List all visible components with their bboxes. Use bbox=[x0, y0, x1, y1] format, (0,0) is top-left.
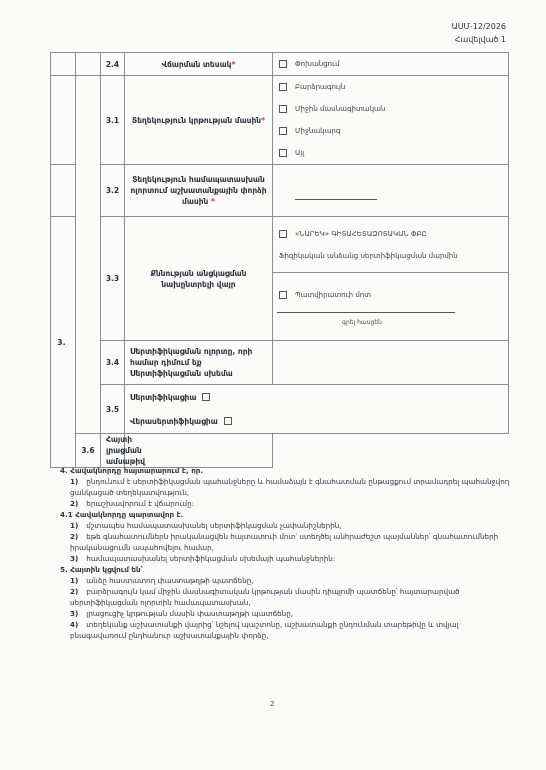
document-header: ԱՍՄ-12/2026 Հավելված 1 bbox=[452, 20, 506, 46]
work-experience-field[interactable] bbox=[295, 199, 377, 200]
row-number: 2.4 bbox=[101, 53, 125, 76]
application-form-table: 2.4 Վճարման տեսակ* Փոխանցում 3.1 Տեղեկու… bbox=[50, 52, 509, 468]
row-number: 3.6 bbox=[76, 434, 101, 468]
certification-field-label: Սերտիֆիկացման ոլորտը, որի համար դիմում ե… bbox=[125, 341, 273, 385]
checkbox-icon[interactable] bbox=[279, 149, 287, 157]
row-number: 3.5 bbox=[101, 385, 125, 434]
checkbox-icon[interactable] bbox=[279, 230, 287, 238]
option-other[interactable]: Այլ bbox=[273, 142, 508, 164]
row-3-2: 3.2 Տեղեկություն համապատասխան ոլորտում ա… bbox=[51, 165, 509, 217]
option-recertification[interactable]: Վերասերտիֆիկացիա bbox=[130, 409, 503, 433]
document-code: ԱՍՄ-12/2026 bbox=[452, 20, 506, 33]
list-item: 2)եթե գնահատումներն իրականացվեն հայտատու… bbox=[60, 531, 510, 553]
declarations: 4. Հավակնորդը հայտարարում է, որ. 1)ընդու… bbox=[60, 465, 510, 641]
option-certification[interactable]: Սերտիֆիկացիա bbox=[130, 385, 503, 409]
required-mark: * bbox=[211, 197, 215, 206]
address-hint: գրել հասցեն bbox=[273, 313, 451, 330]
payment-type-label: Վճարման տեսակ* bbox=[125, 53, 273, 76]
exam-location-label: Քննության անցկացման նախընտրելի վայր bbox=[125, 217, 273, 341]
row-3-4: 3.4 Սերտիֆիկացման ոլորտը, որի համար դիմո… bbox=[51, 341, 509, 385]
option-vocational[interactable]: Միջին մասնագիտական bbox=[273, 98, 508, 120]
row-number: 3.3 bbox=[101, 217, 125, 341]
section-4-title: 4. Հավակնորդը հայտարարում է, որ. bbox=[60, 465, 510, 476]
row-2-4: 2.4 Վճարման տեսակ* Փոխանցում bbox=[51, 53, 509, 76]
section-number-left: 3. bbox=[51, 217, 76, 468]
checkbox-icon[interactable] bbox=[279, 127, 287, 135]
row-3-1: 3.1 Տեղեկություն կրթության մասին* Բարձրա… bbox=[51, 76, 509, 165]
list-item: 4)տեղեկանք աշխատանքի վայրից՝ նշելով պաշտ… bbox=[60, 619, 510, 641]
section-number bbox=[76, 76, 101, 434]
row-3-6: 3.6 Հայտի լրացման ամսաթիվ bbox=[51, 434, 509, 468]
checkbox-icon[interactable] bbox=[224, 417, 232, 425]
list-item: 1)մշտապես համապատասխանել սերտիֆիկացման չ… bbox=[60, 520, 510, 531]
submission-date-value[interactable] bbox=[125, 434, 273, 468]
submission-date-label: Հայտի լրացման ամսաթիվ bbox=[101, 434, 125, 468]
required-mark: * bbox=[261, 116, 265, 125]
certification-field-value[interactable] bbox=[273, 341, 509, 385]
row-number: 3.2 bbox=[101, 165, 125, 217]
appendix-label: Հավելված 1 bbox=[452, 33, 506, 46]
option-secondary[interactable]: Միջնակարգ bbox=[273, 120, 508, 142]
list-item: 2)երաշխավորում է վճարումը: bbox=[60, 498, 510, 509]
option-higher[interactable]: Բարձրագույն bbox=[273, 76, 508, 98]
option-transfer[interactable]: Փոխանցում bbox=[273, 53, 508, 75]
section-5-title: 5. Հայտին կցվում են՝ bbox=[60, 564, 510, 575]
list-item: 3)լրացուցիչ կրթության մասին փաստաթղթի պա… bbox=[60, 608, 510, 619]
checkbox-icon[interactable] bbox=[279, 291, 287, 299]
list-item: 3)համապատասխանել սերտիֆիկացման սխեմայի պ… bbox=[60, 553, 510, 564]
option-narek[interactable]: «ՆԱՐԵԿ» ԳԻՏԱՀԵՏԱԶՈՏԱԿԱՆ ՓԲԸ bbox=[273, 223, 508, 245]
checkbox-icon[interactable] bbox=[279, 105, 287, 113]
row-number: 3.4 bbox=[101, 341, 125, 385]
list-item: 1)ընդունում է սերտիֆիկացման պահանջները և… bbox=[60, 476, 510, 498]
row-3-5: 3.5 Սերտիֆիկացիա Վերասերտիֆիկացիա bbox=[51, 385, 509, 434]
education-label: Տեղեկություն կրթության մասին* bbox=[125, 76, 273, 165]
list-item: 1)անձը հաստատող փաստաթղթի պատճենը, bbox=[60, 575, 510, 586]
certification-body-label: Ֆիզիկական անձանց սերտիֆիկացման մարմին bbox=[273, 245, 508, 267]
work-experience-label: Տեղեկություն համապատասխան ոլորտում աշխատ… bbox=[125, 165, 273, 217]
checkbox-icon[interactable] bbox=[202, 393, 210, 401]
list-item: 2)բարձրագույն կամ միջին մասնագիտական կրթ… bbox=[60, 586, 510, 608]
page-number: 2 bbox=[270, 700, 274, 708]
row-number: 3.1 bbox=[101, 76, 125, 165]
required-mark: * bbox=[231, 60, 235, 69]
section-4-1-title: 4.1 Հավակնորդը պարտավոր է. bbox=[60, 509, 510, 520]
checkbox-icon[interactable] bbox=[279, 83, 287, 91]
option-client-site[interactable]: Պատվիրատուի մոտ bbox=[273, 284, 508, 306]
row-3-3a: 3. 3.3 Քննության անցկացման նախընտրելի վա… bbox=[51, 217, 509, 273]
checkbox-icon[interactable] bbox=[279, 60, 287, 68]
